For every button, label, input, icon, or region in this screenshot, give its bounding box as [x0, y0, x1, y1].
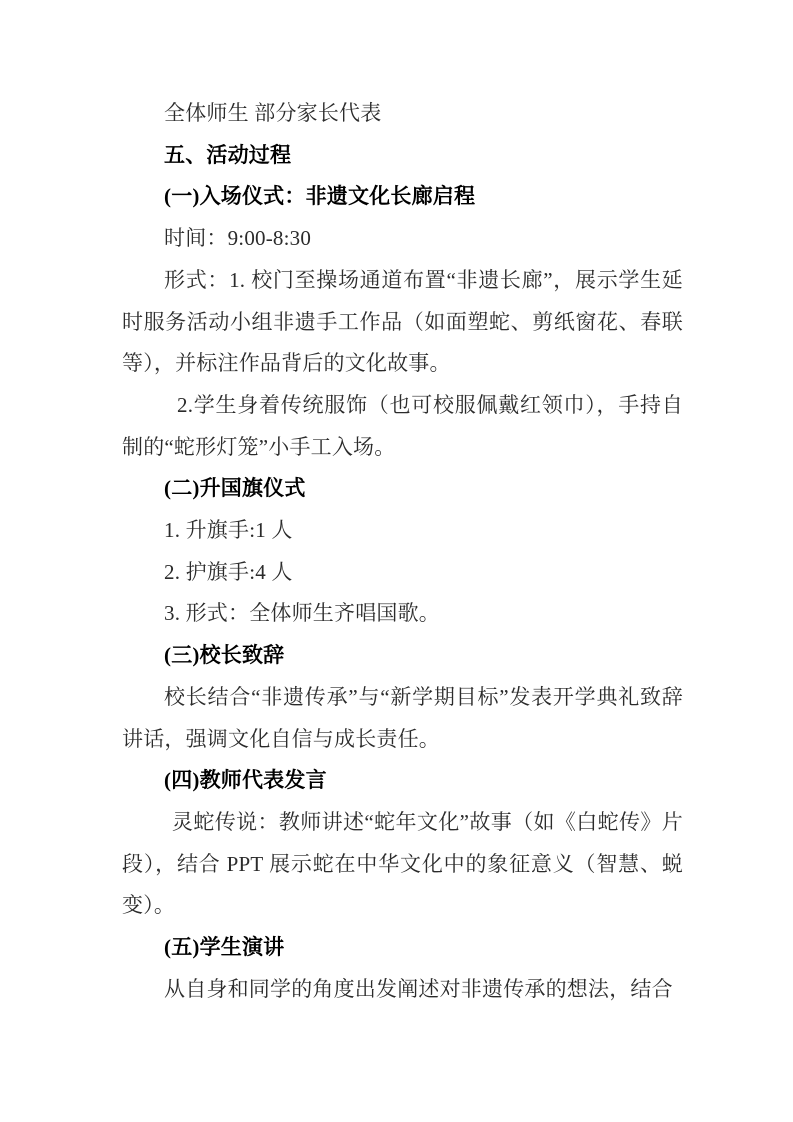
sub-heading: (四)教师代表发言	[122, 760, 683, 802]
body-paragraph: 从自身和同学的角度出发阐述对非遗传承的想法，结合	[122, 969, 683, 1011]
sub-heading: (三)校长致辞	[122, 635, 683, 677]
body-paragraph: 2.学生身着传统服饰（也可校服佩戴红领巾），手持自制的“蛇形灯笼”小手工入场。	[122, 385, 683, 468]
document-page: 全体师生 部分家长代表五、活动过程(一)入场仪式：非遗文化长廊启程时间：9:00…	[0, 0, 793, 1122]
body-paragraph: 3. 形式：全体师生齐唱国歌。	[122, 593, 683, 635]
body-paragraph: 全体师生 部分家长代表	[122, 93, 683, 135]
sub-heading: (一)入场仪式：非遗文化长廊启程	[122, 176, 683, 218]
sub-heading: (二)升国旗仪式	[122, 468, 683, 510]
body-paragraph: 1. 升旗手:1 人	[122, 510, 683, 552]
body-paragraph: 校长结合“非遗传承”与“新学期目标”发表开学典礼致辞讲话，强调文化自信与成长责任…	[122, 677, 683, 760]
body-paragraph: 形式：1. 校门至操场通道布置“非遗长廊”，展示学生延时服务活动小组非遗手工作品…	[122, 260, 683, 385]
document-content: 全体师生 部分家长代表五、活动过程(一)入场仪式：非遗文化长廊启程时间：9:00…	[122, 93, 683, 1010]
body-paragraph: 时间：9:00-8:30	[122, 218, 683, 260]
body-paragraph: 灵蛇传说：教师讲述“蛇年文化”故事（如《白蛇传》片段），结合 PPT 展示蛇在中…	[122, 802, 683, 927]
major-heading: 五、活动过程	[122, 135, 683, 177]
sub-heading: (五)学生演讲	[122, 927, 683, 969]
body-paragraph: 2. 护旗手:4 人	[122, 552, 683, 594]
